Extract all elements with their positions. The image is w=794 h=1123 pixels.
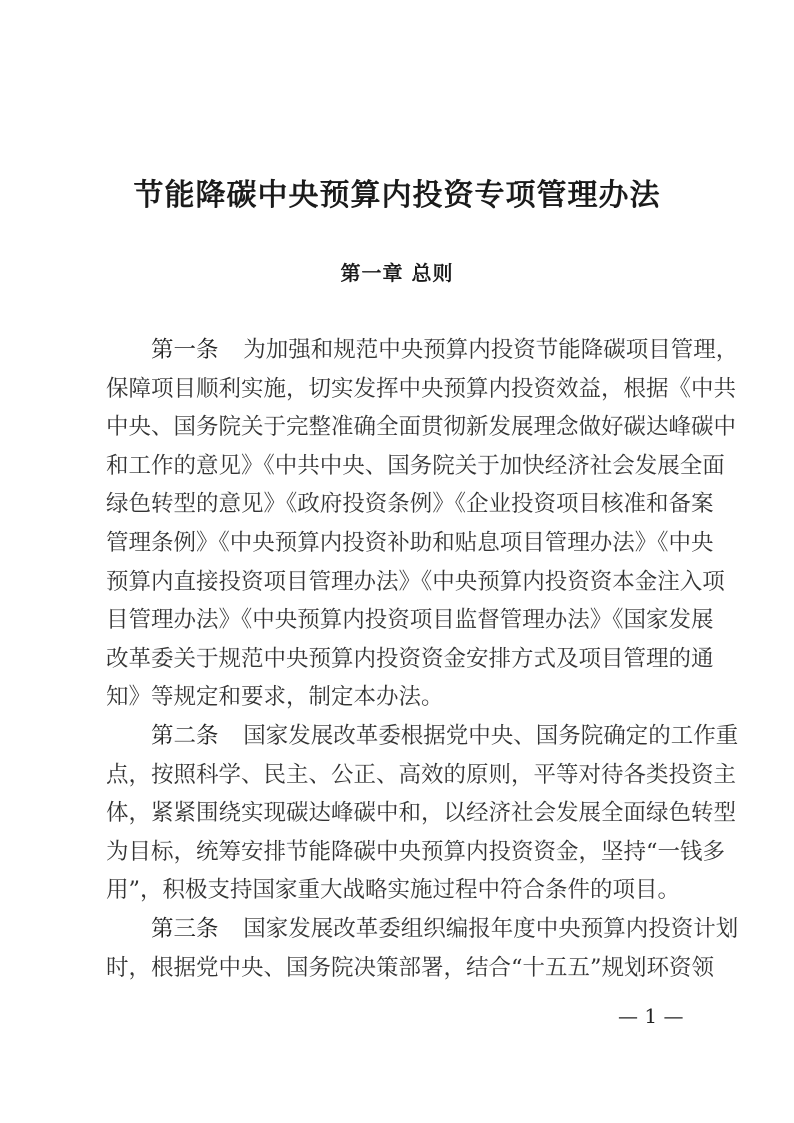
article-1-line-9: 改革委关于规范中央预算内投资资金安排方式及项目管理的通: [106, 640, 698, 679]
article-1-line-1: 第一条 为加强和规范中央预算内投资节能降碳项目管理，: [106, 331, 698, 370]
article-3-line-1: 第三条 国家发展改革委组织编报年度中央预算内投资计划: [106, 910, 698, 949]
article-label: 第二条: [151, 723, 219, 749]
article-1-line-10: 知》等规定和要求，制定本办法。: [106, 678, 698, 717]
article-1-line-4: 和工作的意见》《中共中央、国务院关于加快经济社会发展全面: [106, 447, 698, 486]
article-2-line-5: 用”，积极支持国家重大战略实施过程中符合条件的项目。: [106, 871, 698, 910]
chapter-heading: 第一章 总则: [0, 257, 794, 286]
article-2-line-2: 点，按照科学、民主、公正、高效的原则，平等对待各类投资主: [106, 756, 698, 795]
article-1-line-5: 绿色转型的意见》《政府投资条例》《企业投资项目核准和备案: [106, 485, 698, 524]
article-1-line-3: 中央、国务院关于完整准确全面贯彻新发展理念做好碳达峰碳中: [106, 408, 698, 447]
article-1-line-6: 管理条例》《中央预算内投资补助和贴息项目管理办法》《中央: [106, 524, 698, 563]
article-3-line-2: 时，根据党中央、国务院决策部署，结合“十五五”规划环资领: [106, 949, 698, 988]
article-1-line-8: 目管理办法》《中央预算内投资项目监督管理办法》《国家发展: [106, 601, 698, 640]
article-2-line-1: 第二条 国家发展改革委根据党中央、国务院确定的工作重: [106, 717, 698, 756]
article-1-line-2: 保障项目顺利实施，切实发挥中央预算内投资效益，根据《中共: [106, 370, 698, 409]
article-2-line-4: 为目标，统筹安排节能降碳中央预算内投资资金，坚持“一钱多: [106, 833, 698, 872]
article-2-line-3: 体，紧紧围绕实现碳达峰碳中和，以经济社会发展全面绿色转型: [106, 794, 698, 833]
article-1-line-7: 预算内直接投资项目管理办法》《中央预算内投资资本金注入项: [106, 563, 698, 602]
document-body: 第一条 为加强和规范中央预算内投资节能降碳项目管理， 保障项目顺利实施，切实发挥…: [106, 331, 698, 987]
page-number: — 1 —: [618, 1004, 683, 1028]
article-label: 第一条: [151, 337, 219, 363]
document-title: 节能降碳中央预算内投资专项管理办法: [0, 170, 794, 214]
article-label: 第三条: [151, 916, 219, 942]
